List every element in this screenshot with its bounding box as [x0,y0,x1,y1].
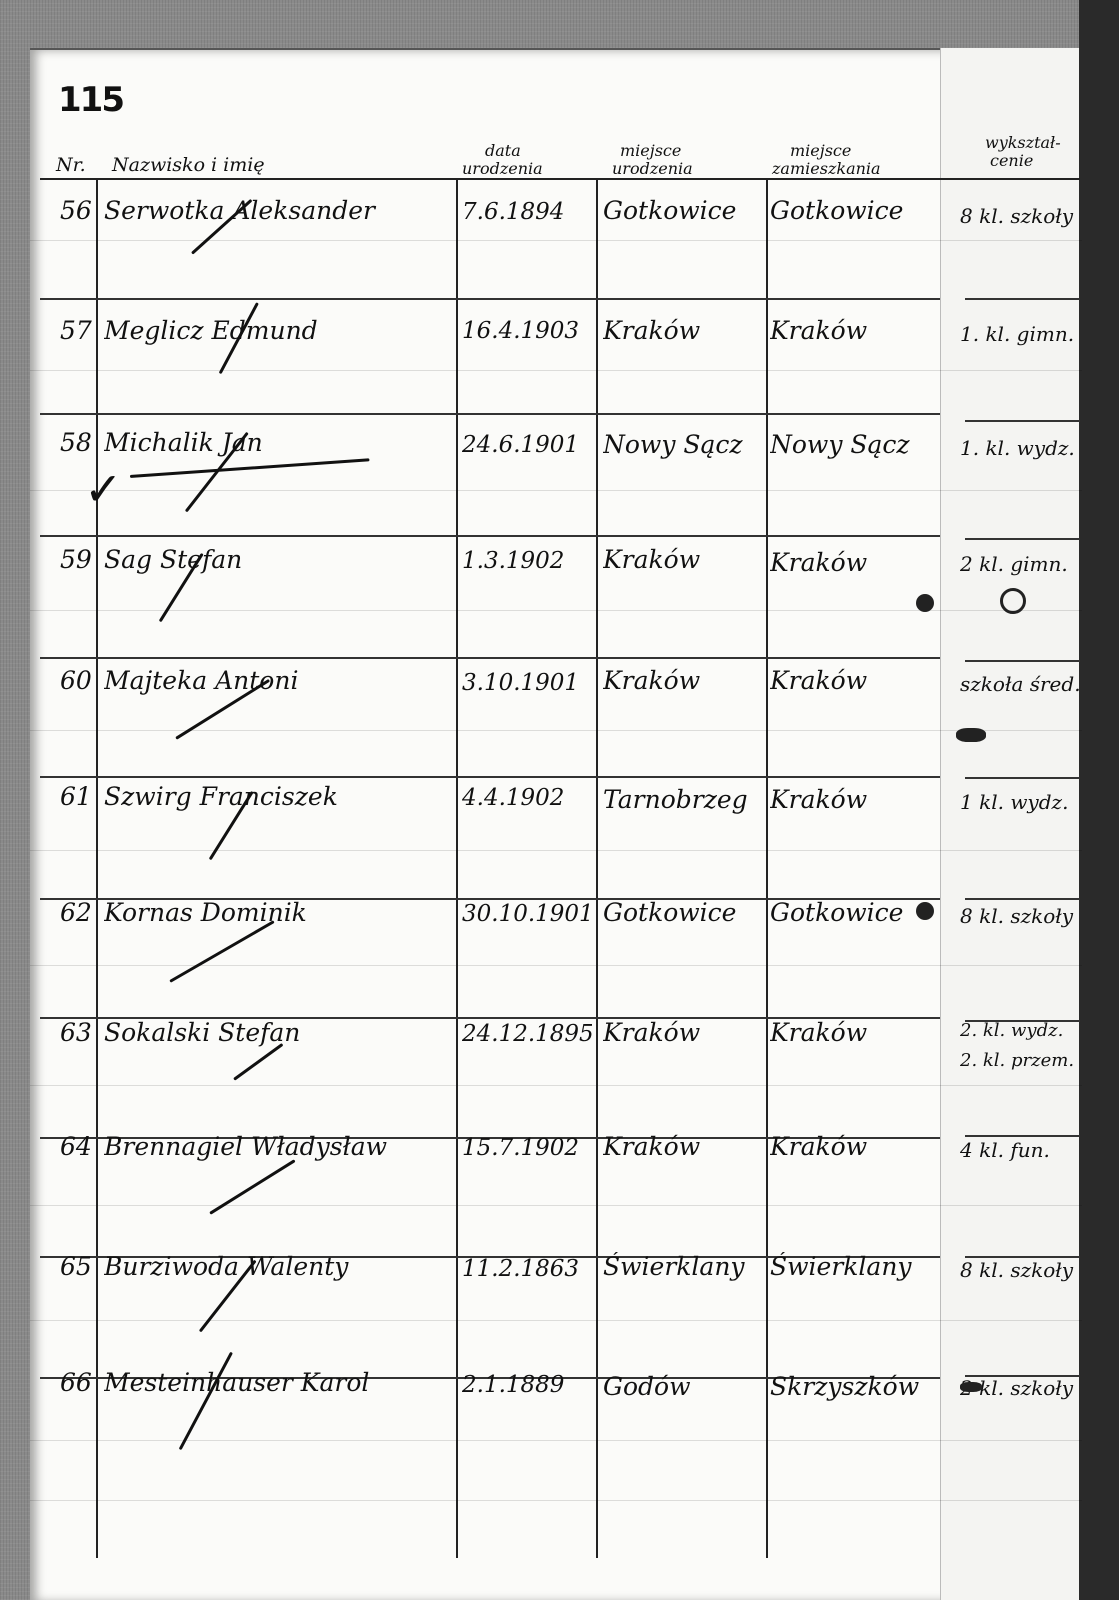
column-divider [596,178,598,1558]
ruled-line [30,965,1082,966]
row-nr: 61 [60,782,100,811]
row-name: Mesteinhauser Karol [104,1368,444,1397]
row-birth-date: 4.4.1902 [462,785,592,811]
row-name: Sag Stefan [104,545,444,574]
row-divider [40,298,940,300]
row-birth-date: 16.4.1903 [462,318,592,344]
ink-stain [960,1382,982,1392]
row-name: Szwirg Franciszek [104,782,444,811]
ruled-line [30,240,1082,241]
row-nr: 64 [60,1132,100,1161]
ruled-line [30,1205,1082,1206]
row-divider [965,660,1080,662]
row-education: 1. kl. wydz. [960,436,1080,460]
header-rule [40,178,1080,180]
row-divider [40,535,940,537]
row-education: szkoła śred. [960,672,1080,696]
ruled-line [30,1085,1082,1086]
header-education-1: wykształ- [985,134,1061,152]
row-name: Meglicz Edmund [104,316,444,345]
row-education: 1 kl. wydz. [960,790,1080,814]
row-birth-date: 2.1.1889 [462,1372,592,1398]
row-education: 8 kl. szkoły [960,204,1080,228]
ink-stain [956,728,986,742]
row-nr: 59 [60,545,100,574]
row-nr: 57 [60,316,100,345]
row-birth-date: 7.6.1894 [462,199,592,225]
row-nr: 66 [60,1368,100,1397]
header-education-2: cenie [990,152,1033,170]
row-divider [40,657,940,659]
row-birth-place: Kraków [603,1132,753,1161]
row-residence: Świerklany [770,1252,940,1281]
header-birth-place-2: urodzenia [612,160,693,178]
column-divider [96,178,98,1558]
header-nr: Nr. [56,156,86,174]
row-divider [965,1135,1080,1137]
row-birth-date: 15.7.1902 [462,1135,592,1161]
row-divider [965,538,1080,540]
header-residence-1: miejsce [790,142,851,160]
row-birth-place: Świerklany [603,1252,753,1281]
page-number: 115 [58,80,123,120]
row-divider [40,413,940,415]
ink-ring [1000,588,1026,614]
row-residence: Nowy Sącz [770,430,940,459]
header-name: Nazwisko i imię [112,156,265,174]
column-divider [456,178,458,1558]
row-nr: 58 [60,428,100,457]
row-residence: Kraków [770,316,940,345]
row-education: 2 kl. gimn. [960,552,1080,576]
row-birth-place: Kraków [603,666,753,695]
header-birth-date-1: data [485,142,521,160]
row-residence: Kraków [770,785,940,814]
row-birth-place: Tarnobrzeg [603,785,753,814]
row-name: Burziwoda Walenty [104,1252,444,1281]
ink-stain [916,594,934,612]
row-nr: 62 [60,898,100,927]
ruled-line [30,850,1082,851]
scan-edge-shadow [1079,0,1119,1600]
row-divider [965,777,1080,779]
row-birth-place: Kraków [603,1018,753,1047]
row-birth-place: Godów [603,1372,753,1401]
row-birth-place: Nowy Sącz [603,430,753,459]
row-education-extra: 2. kl. przem. [960,1050,1080,1071]
row-divider [965,298,1080,300]
row-nr: 63 [60,1018,100,1047]
row-education: 1. kl. gimn. [960,322,1080,346]
row-residence: Kraków [770,548,940,577]
header-residence-2: zamieszkania [772,160,881,178]
page-fold-edge [940,48,1083,1600]
row-residence: Skrzyszków [770,1372,940,1401]
ruled-line [30,1440,1082,1441]
row-education: 4 kl. fun. [960,1138,1080,1162]
row-residence: Gotkowice [770,196,940,225]
checkmark-icon: ✓ [84,462,123,516]
row-residence: Kraków [770,666,940,695]
row-divider [965,898,1080,900]
row-nr: 56 [60,196,100,225]
row-name: Serwotka Aleksander [104,196,444,225]
header-birth-date-2: urodzenia [462,160,543,178]
column-divider [766,178,768,1558]
row-divider [40,776,940,778]
row-birth-date: 24.12.1895 [462,1021,592,1047]
row-education: 8 kl. szkoły [960,1258,1080,1282]
row-birth-place: Gotkowice [603,898,753,927]
row-name: Michalik Jan [104,428,444,457]
row-education: 8 kl. szkoły [960,904,1080,928]
row-birth-place: Kraków [603,545,753,574]
header-birth-place-1: miejsce [620,142,681,160]
ruled-line [30,1320,1082,1321]
row-birth-date: 11.2.1863 [462,1256,592,1282]
row-birth-place: Gotkowice [603,196,753,225]
ink-stain [916,902,934,920]
row-birth-place: Kraków [603,316,753,345]
ruled-line [30,490,1082,491]
row-residence: Gotkowice [770,898,940,927]
row-name: Sokalski Stefan [104,1018,444,1047]
row-nr: 65 [60,1252,100,1281]
row-education: 2. kl. wydz. [960,1020,1080,1041]
row-residence: Kraków [770,1132,940,1161]
row-name: Brennagiel Władysław [104,1132,444,1161]
row-birth-date: 24.6.1901 [462,432,592,458]
row-birth-date: 3.10.1901 [462,670,592,696]
row-residence: Kraków [770,1018,940,1047]
row-divider [965,420,1080,422]
row-birth-date: 30.10.1901 [462,901,592,927]
ruled-line [30,370,1082,371]
ruled-line [30,1500,1082,1501]
row-birth-date: 1.3.1902 [462,548,592,574]
row-name: Majteka Antoni [104,666,444,695]
row-nr: 60 [60,666,100,695]
